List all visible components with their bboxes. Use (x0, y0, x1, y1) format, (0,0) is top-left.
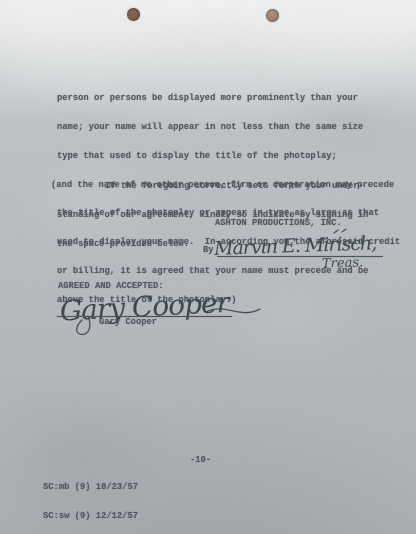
typed-line: person or persons be displayed more prom… (57, 94, 400, 104)
officer-title-handwritten: Treas. (322, 255, 364, 271)
typed-line: name; your name will appear in not less … (57, 123, 400, 133)
officer-signature-mirisch: Marvin E. Mirisch, (206, 226, 391, 264)
photographed-contract-page: person or persons be displayed more prom… (0, 0, 416, 534)
typed-line: If the foregoing correctly sets forth yo… (57, 182, 368, 192)
punch-hole-right-icon (266, 9, 279, 22)
gary-cooper-signature: Gary Cooper (48, 276, 266, 338)
reference-line: SC:sw (9) 12/12/57 (43, 512, 138, 522)
punch-hole-left-icon (127, 8, 140, 21)
reference-line: SC:mb (9) 10/23/57 (43, 483, 138, 493)
page-number: -10- (190, 456, 211, 466)
cooper-typed-name: Gary Cooper (99, 318, 157, 328)
typed-line: type that used to display the title of t… (57, 152, 400, 162)
reference-initials-block: SC:mb (9) 10/23/57 SC:sw (9) 12/12/57 (43, 464, 138, 534)
